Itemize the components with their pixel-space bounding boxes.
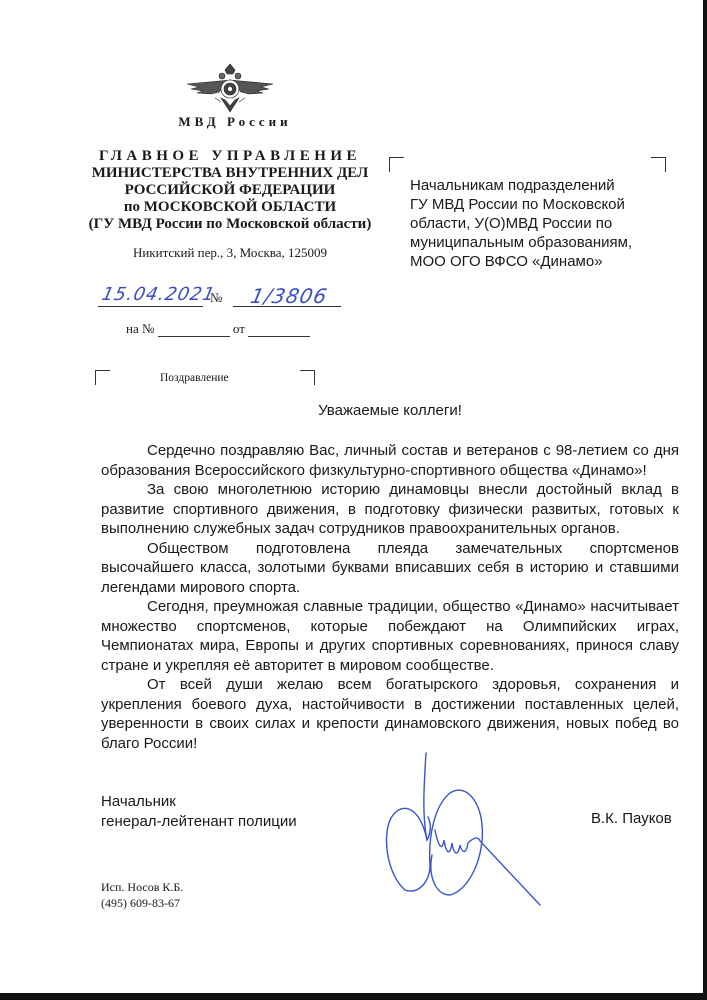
org-full-name: ГЛАВНОЕ УПРАВЛЕНИЕ МИНИСТЕРСТВА ВНУТРЕНН… <box>80 148 380 233</box>
signer-name: В.К. Пауков <box>591 810 672 827</box>
number-sign: № <box>210 290 222 306</box>
date-field: 15.04.2021 <box>98 282 203 307</box>
registration-line: 15.04.2021 № 1/3806 <box>98 282 343 308</box>
subject-corner-right <box>300 370 315 385</box>
addressee-block: Начальникам подразделений ГУ МВД России … <box>410 176 670 271</box>
scan-border-right <box>703 0 707 1000</box>
executor-name: Исп. Носов К.Б. <box>101 879 183 895</box>
body-paragraph: Обществом подготовлена плеяда замечатель… <box>101 539 679 598</box>
ref-number-blank <box>158 324 230 337</box>
addressee-line: ГУ МВД России по Московской <box>410 195 670 214</box>
addressee-corner-right <box>651 157 666 172</box>
addressee-line: МОО ОГО ВФСО «Динамо» <box>410 252 670 271</box>
org-line: (ГУ МВД России по Московской области) <box>80 216 380 233</box>
org-line: ГЛАВНОЕ УПРАВЛЕНИЕ <box>80 148 380 165</box>
org-line: РОССИЙСКОЙ ФЕДЕРАЦИИ <box>80 182 380 199</box>
handwritten-number: 1/3806 <box>248 284 329 308</box>
body-paragraph: От всей души желаю всем богатырского здо… <box>101 675 679 753</box>
letter-body: Сердечно поздравляю Вас, личный состав и… <box>101 441 679 753</box>
salutation: Уважаемые коллеги! <box>90 402 690 419</box>
addressee-line: муниципальным образованиям, <box>410 233 670 252</box>
addressee-line: области, У(О)МВД России по <box>410 214 670 233</box>
double-headed-eagle-emblem-icon <box>185 62 275 120</box>
body-paragraph: Сегодня, преумножая славные традиции, об… <box>101 597 679 675</box>
signer-position: Начальник генерал-лейтенант полиции <box>101 792 297 832</box>
body-paragraph: За свою многолетнюю историю динамовцы вн… <box>101 480 679 539</box>
ref-date-blank <box>248 324 310 337</box>
addressee-line: Начальникам подразделений <box>410 176 670 195</box>
subject-line: Поздравление <box>160 372 229 384</box>
subject-corner-left <box>95 370 110 385</box>
addressee-corner-left <box>389 157 404 172</box>
scan-border-bottom <box>0 993 707 1000</box>
ref-from-label: от <box>233 321 245 336</box>
number-field: 1/3806 <box>233 282 341 307</box>
ref-prefix: на № <box>126 321 154 336</box>
reference-line: на № от <box>126 321 310 337</box>
executor-phone: (495) 609-83-67 <box>101 895 183 911</box>
org-address: Никитский пер., 3, Москва, 125009 <box>80 245 380 261</box>
org-short-name: МВД России <box>150 114 320 130</box>
org-line: по МОСКОВСКОЙ ОБЛАСТИ <box>80 199 380 216</box>
body-paragraph: Сердечно поздравляю Вас, личный состав и… <box>101 441 679 480</box>
executor-info: Исп. Носов К.Б. (495) 609-83-67 <box>101 879 183 911</box>
org-line: МИНИСТЕРСТВА ВНУТРЕННИХ ДЕЛ <box>80 165 380 182</box>
handwritten-signature-icon <box>380 745 550 910</box>
signer-position-line: генерал-лейтенант полиции <box>101 812 297 832</box>
signer-position-line: Начальник <box>101 792 297 812</box>
handwritten-date: 15.04.2021 <box>100 284 218 305</box>
